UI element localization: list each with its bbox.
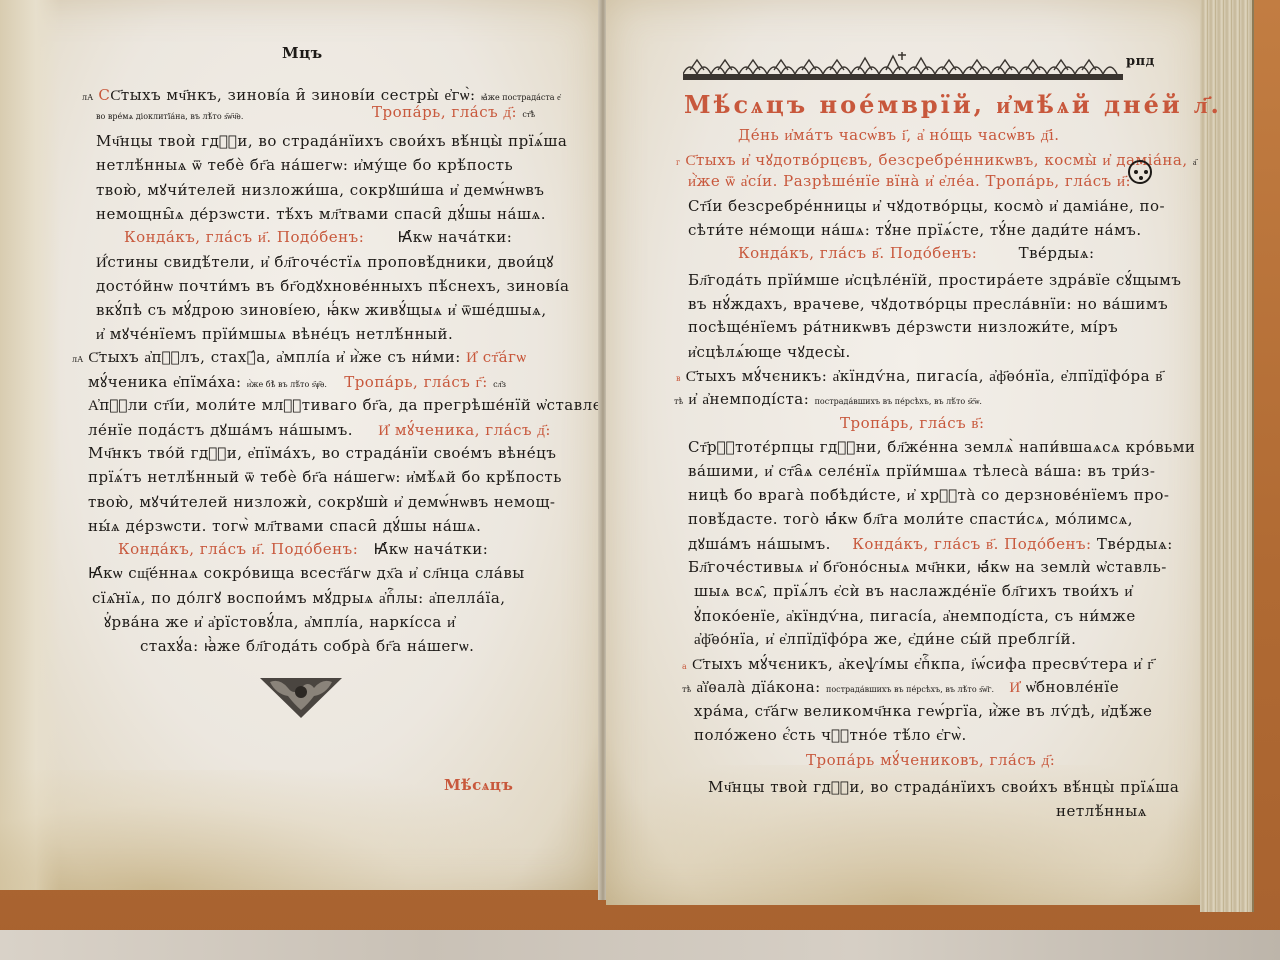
text-line: и҆сцѣлѧ́юще чꙋдесы̀. bbox=[688, 342, 851, 362]
feast-sign-icon bbox=[1128, 160, 1152, 184]
text-line: нетлѣ́нныѧ ѿ тебѐ бг҃а на́шегѡ: и҆му́ще … bbox=[96, 156, 513, 175]
text-line: Бл҃года́ть прїи́мше и҆сцѣле́нїй, простир… bbox=[688, 270, 1181, 290]
text-line: мꙋ́ченика е҆пїма́ха: и҆̀же бѣ̀ въ лѣ́то … bbox=[88, 372, 506, 392]
water-stain bbox=[0, 770, 520, 890]
text-line: сѣти́те не́мощи на́шѧ: тꙋ́не прїѧ́сте, т… bbox=[688, 220, 1142, 240]
day-hours-line: Де́нь и҆ма́тъ часѡ́въ і҃, а҆ но́щь часѡ́… bbox=[738, 126, 1060, 145]
text-line: Ст҃і́и безсребре́нницы и҆ чꙋдотво́рцы, к… bbox=[688, 196, 1165, 216]
text-line: тѣ и҆ а҆немподі́ста: пострада́вшихъ въ п… bbox=[674, 390, 982, 409]
text-line: а С҃тыхъ мꙋ́чєникъ, а҆кеѱі́мы є҆пⷭ҇кпа, … bbox=[682, 654, 1154, 674]
text-line: твою̀, мꙋчи́телей низложѝ, сокрꙋшѝ и҆ де… bbox=[88, 492, 555, 512]
text-line: г С҃тыхъ и҆ чꙋдотво́рцєвъ, безсребре́нни… bbox=[676, 150, 1196, 170]
text-line: нетлѣ́нныѧ bbox=[1056, 802, 1147, 821]
text-line: досто́йнѡ почти́мъ въ бг҃одꙋхнове́нныхъ … bbox=[96, 276, 569, 296]
text-line: ꙋ҆поко́енїе, а҆кїндѵ́на, пигасі́а, а҆нем… bbox=[694, 606, 1136, 626]
headpiece-crown-ornament-icon bbox=[683, 52, 1123, 84]
text-line: стахꙋ́а: ꙗ҆̀же бл҃года́ть собра̀ бг҃а на… bbox=[140, 636, 474, 656]
damaged-page-edges bbox=[1200, 0, 1254, 912]
text-line: Мч҃нкъ тво́й гдⷭ҇и, е҆пїма́хъ, во страда… bbox=[88, 444, 556, 463]
tailpiece-ornament-icon bbox=[258, 672, 344, 720]
text-line: повѣ́дасте. того̀ ꙗ҆́кѡ бл҃га моли́те сп… bbox=[688, 510, 1133, 529]
month-title: Мѣ́сѧцъ ное́мврїй, и҆мѣ́ѧй дне́й л҃. bbox=[684, 90, 1222, 120]
text-line: ницѣ бо врага̀ побѣди́сте, и҆ хрⷭ҇та̀ со… bbox=[688, 486, 1169, 505]
text-line: И҆́стины свидѣ́тели, и҆ бл҃гоче́стїѧ про… bbox=[96, 252, 554, 272]
rubric-troparion: Тропа́рь, гла́съ в҃: bbox=[840, 414, 985, 433]
text-line: немощны̑ѧ де́рзѡсти. тѣ́хъ мл҃твами спас… bbox=[96, 204, 546, 224]
text-line: и҆ мꙋче́нїемъ прїи́мшыѧ вѣне́цъ нетлѣ́нн… bbox=[96, 324, 453, 344]
text-line: ле́нїе пода́стъ дꙋша́мъ на́шымъ. И҆ мꙋ́ч… bbox=[88, 420, 551, 440]
rubric-troparion: Тропа́рь, гла́съ д҃: ст҃ѣ bbox=[372, 103, 535, 122]
text-line: въ нꙋ́ждахъ, врачеве, чꙋдотво́рцы пресла… bbox=[688, 294, 1168, 314]
rubric-kontakion: Конда́къ, гла́съ и҃. Подо́бенъ: Ꙗ҆́кѡ на… bbox=[124, 228, 512, 247]
text-line: хра́ма, ст҃а́гѡ великомч҃нка геѡ́ргїа, и… bbox=[694, 702, 1152, 721]
page-number: рпд bbox=[1126, 54, 1155, 69]
text-line: лА С҃тыхъ а҆пⷭ҇лъ, стахꙋ́а, а҆мплі́а и҆ … bbox=[72, 348, 526, 367]
rubric-kontakion: Конда́къ, гла́съ и҃. Подо́бенъ: Ꙗ҆́кѡ на… bbox=[118, 540, 488, 559]
text-line: поло́жено є҆́сть чⷭ҇тно́е тѣ́ло є҆гѡ̀. bbox=[694, 726, 967, 745]
text-line: ва́шими, и҆ ст҃а̑ѧ селє́нїѧ прїи́мшаѧ тѣ… bbox=[688, 462, 1155, 481]
rubric-troparion: Тропа́рь мꙋ́чениковъ, гла́съ д҃: bbox=[806, 750, 1055, 770]
text-line: Мч҃нцы твоѝ гдⷭ҇и, во страда́нїихъ свои́… bbox=[708, 778, 1179, 797]
text-line: твою̀, мꙋчи́телей низложи́ша, сокрꙋши́ша… bbox=[96, 180, 544, 200]
small-note: во вре́мѧ діоклитїа́на, въ лѣ́то ѕ҃ѡ҃ч҃ѳ… bbox=[96, 112, 243, 121]
running-head: Мцъ bbox=[282, 44, 323, 62]
text-line: вкꙋ́пѣ съ мꙋ́дрою зинові́ею, ꙗ҆́кѡ живꙋ́… bbox=[96, 300, 547, 320]
text-line: сїѧ̑нїѧ, по до́лгꙋ воспои́мъ мꙋ́дрыѧ а҆п… bbox=[92, 588, 506, 608]
catchword: Мѣ́сѧцъ bbox=[444, 776, 513, 795]
text-line: тѣ а҆ї҆ѳала̀ дїа́кона: пострада́вшихъ въ… bbox=[682, 678, 1119, 697]
text-line: ны́ѧ де́рзѡсти. тогѡ̀ мл҃твами спаси̑ дꙋ… bbox=[88, 516, 481, 536]
page-edge-stain bbox=[0, 0, 60, 890]
text-line: Бл҃гоче́стивыѧ и҆ бг҃оно́сныѧ мч҃нки, ꙗ҆… bbox=[688, 558, 1167, 577]
text-line: а҆ф҃ѳо́нїа, и҆ е҆лпїдїфо́ра же, є҆ди́не … bbox=[694, 630, 1076, 649]
text-line: шыѧ всѧ̑, прїѧ́лъ є҆сѝ въ наслажде́нїе б… bbox=[694, 582, 1133, 601]
text-line: Ꙗ҆́кѡ сщ҃е́ннаѧ сокро́вища всест҃а́гѡ дх… bbox=[88, 564, 525, 583]
text-line: А҆пⷭ҇ли ст҃і́и, моли́те млⷭ҇тиваго бг҃а,… bbox=[88, 396, 608, 415]
text-line: дꙋша́мъ на́шымъ. Конда́къ, гла́съ в҃. По… bbox=[688, 534, 1173, 554]
text-line: и҆̀же ѿ а҆сі́и. Разрѣше́нїе вїна̀ и҆ е҆л… bbox=[688, 172, 1131, 191]
floor-background bbox=[0, 930, 1280, 960]
text-line: посѣще́нїемъ ра́тникѡвъ де́рзѡсти низлож… bbox=[688, 318, 1118, 337]
open-book: Мцъ лА СС҃тыхъ мч҃нкъ, зинові́а и̑ зинов… bbox=[0, 0, 1250, 915]
text-line: прїѧ́тъ нетлѣ́нный ѿ тебѐ бг҃а на́шегѡ: … bbox=[88, 468, 562, 487]
left-page: Мцъ лА СС҃тыхъ мч҃нкъ, зинові́а и̑ зинов… bbox=[0, 0, 603, 890]
text-line: Мч҃нцы твоѝ гдⷭ҇и, во страда́нїихъ свои́… bbox=[96, 132, 567, 151]
rubric-kontakion: Конда́къ, гла́съ в҃. Подо́бенъ: Тве́рдыѧ… bbox=[738, 244, 1095, 263]
text-line: в С҃тыхъ мꙋ́чєникъ: а҆кїндѵ́на, пигасі́а… bbox=[676, 366, 1163, 386]
text-line: Ст҃рⷭ҇тотє́рпцы гдⷭ҇ни, бл҃же́нна землѧ̀… bbox=[688, 438, 1195, 457]
text-line: ꙋ҆рва́на же и҆ а҆рїстовꙋ́ла, а҆мплі́а, н… bbox=[104, 612, 456, 632]
